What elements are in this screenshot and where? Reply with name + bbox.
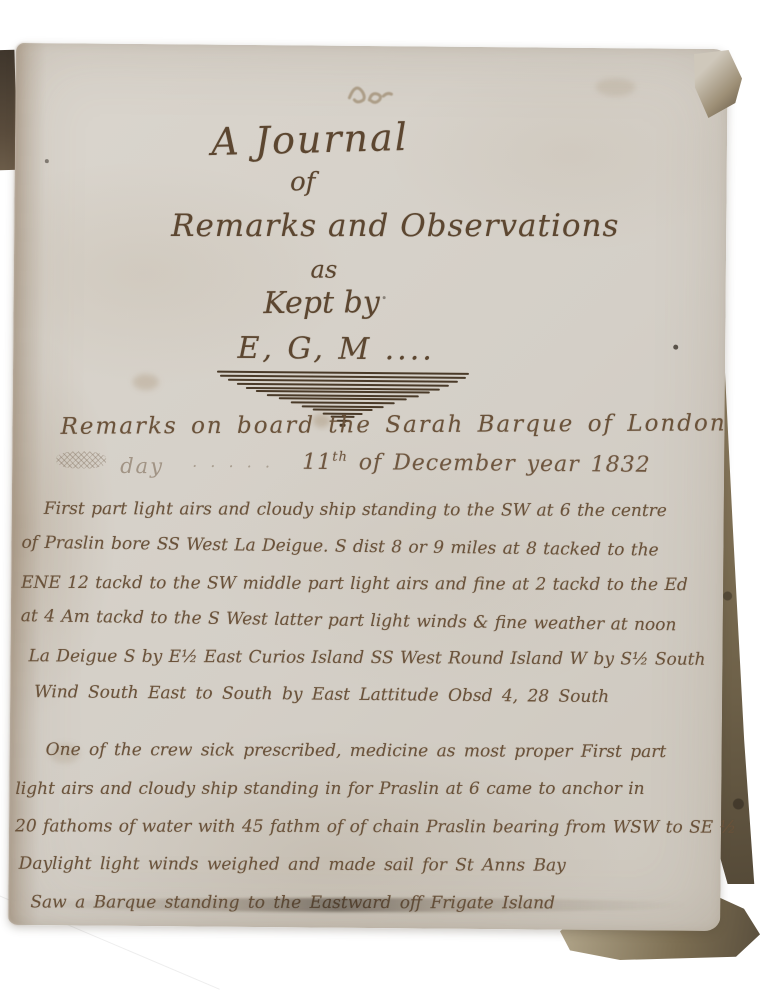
date-number: 11	[302, 450, 332, 475]
journal-line: La Deigue S by E½ East Curios Island SS …	[20, 638, 715, 679]
journal-line: Wind South East to South by East Lattitu…	[20, 674, 715, 717]
flourish-line	[220, 375, 466, 379]
title-line-journal: A Journal	[0, 109, 640, 170]
journal-line: 20 fathoms of water with 45 fathm of of …	[15, 807, 721, 846]
flourish-line	[302, 405, 384, 408]
title-line-kept-by: Kept by	[0, 283, 652, 325]
faint-dots: · · · · ·	[192, 456, 274, 476]
flourish-line	[313, 409, 373, 412]
title-line-initials: E, G, M ....	[6, 329, 666, 371]
journal-line: light airs and cloudy ship standing in f…	[15, 770, 721, 808]
journal-page: A Journal of Remarks and Observations as…	[8, 43, 728, 931]
ink-smudge	[345, 74, 409, 111]
faint-day-text: day	[120, 454, 164, 478]
date-rest: of December year 1832	[348, 450, 651, 478]
flourish-line	[256, 390, 430, 394]
photo-backdrop: A Journal of Remarks and Observations as…	[0, 0, 771, 1000]
journal-line: One of the crew sick prescribed, medicin…	[16, 731, 722, 771]
date-text: 11th of December year 1832	[302, 449, 651, 477]
title-block: A Journal of Remarks and Observations as…	[21, 115, 683, 371]
remarks-heading: Remarks on board the Sarah Barque of Lon…	[60, 410, 710, 439]
journal-line: ENE 12 tackd to the SW middle part light…	[21, 565, 716, 604]
journal-line: of Praslin bore SS West La Deigue. S dis…	[21, 525, 716, 570]
journal-entry-paragraph-1: First part light airs and cloudy ship st…	[20, 489, 717, 717]
crossed-out-scribble	[56, 451, 106, 468]
journal-line: Daylight light winds weighed and made sa…	[15, 845, 721, 885]
flourish-line	[291, 401, 395, 404]
flourish-line	[237, 383, 449, 387]
flourish-line	[279, 398, 407, 401]
title-line-as: as	[0, 253, 654, 287]
title-line-remarks-observations: Remarks and Observations	[65, 206, 725, 246]
date-line: day · · · · · 11th of December year 1832	[12, 447, 712, 489]
title-line-of: of	[0, 165, 633, 201]
paper-stain	[133, 374, 159, 390]
journal-entry-paragraph-2: One of the crew sick prescribed, medicin…	[14, 729, 722, 925]
date-ordinal: th	[332, 450, 348, 465]
paper-stain	[595, 78, 635, 96]
journal-line: First part light airs and cloudy ship st…	[22, 491, 717, 530]
